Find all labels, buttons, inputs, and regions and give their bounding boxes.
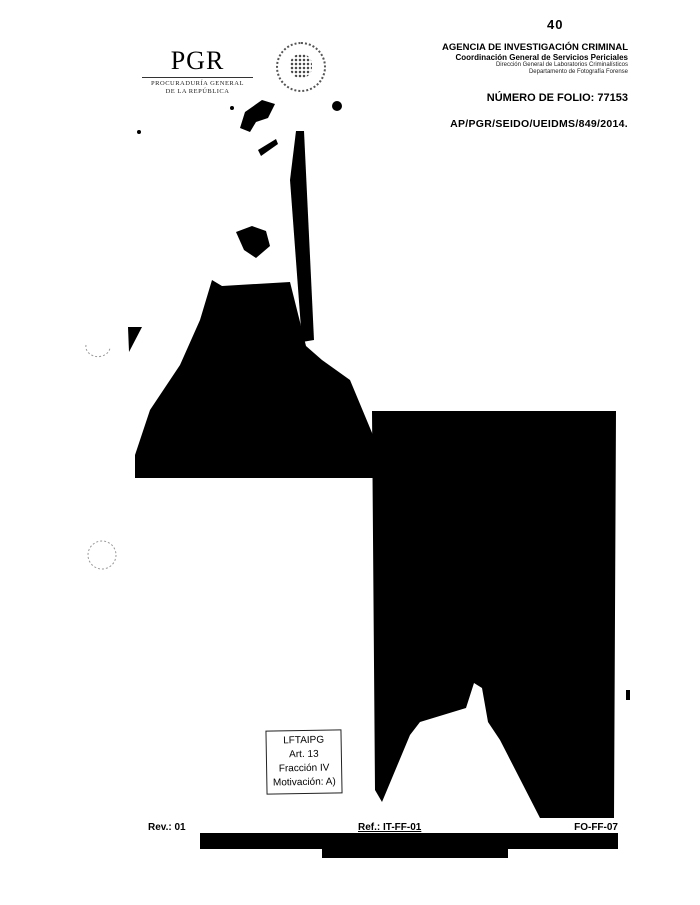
redacted-footer-bar (200, 833, 618, 858)
stamp-line2: Art. 13 (267, 747, 341, 762)
redacted-block-left (135, 280, 375, 478)
binder-hole-marks (86, 345, 116, 569)
form-code-label: FO-FF-07 (574, 822, 618, 833)
stamp-line4: Motivación: A) (267, 775, 341, 790)
stamp-line3: Fracción IV (267, 761, 341, 776)
triangle-mark (128, 327, 142, 352)
redacted-photo-area (0, 0, 700, 905)
scan-speck-right (626, 690, 630, 700)
lftaipg-stamp: LFTAIPG Art. 13 Fracción IV Motivación: … (265, 729, 342, 794)
redacted-block-right (372, 411, 616, 818)
stamp-line1: LFTAIPG (267, 733, 341, 748)
revision-label: Rev.: 01 (148, 822, 186, 833)
scan-specks (137, 100, 342, 258)
reference-label: Ref.: IT-FF-01 (358, 822, 421, 833)
